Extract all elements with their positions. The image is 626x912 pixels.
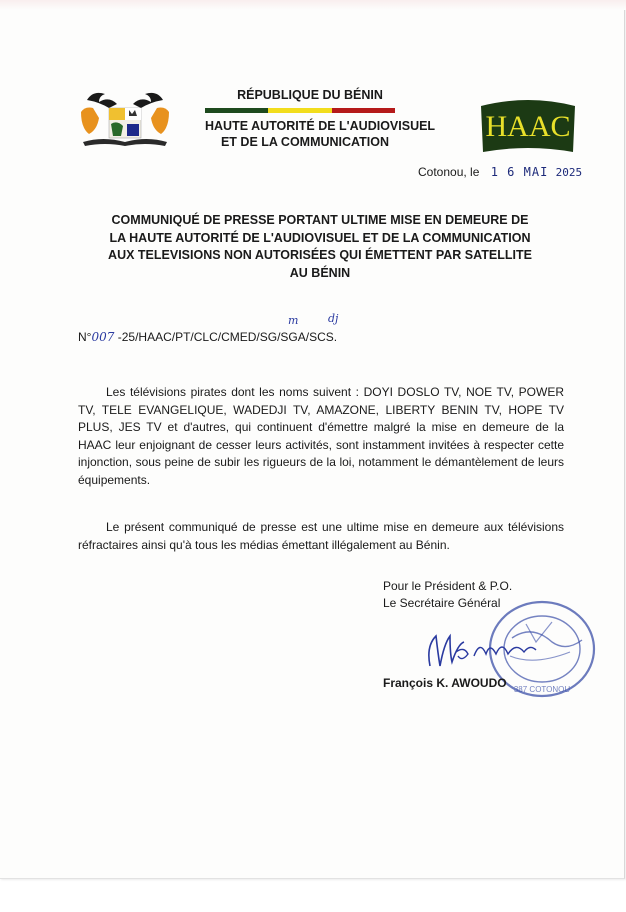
date-stamp: 1 6 MAI — [491, 165, 549, 179]
scan-edge — [0, 0, 626, 10]
reference-prefix: N° — [78, 330, 91, 344]
handwritten-signature-icon — [418, 630, 558, 674]
benin-coat-of-arms-icon — [75, 86, 175, 152]
flag-stripe — [205, 108, 395, 113]
svg-text:HAAC: HAAC — [485, 110, 570, 143]
date-stamp-year: 2025 — [556, 166, 583, 179]
title-line: LA HAUTE AUTORITÉ DE L'AUDIOVISUEL ET DE… — [90, 230, 550, 248]
reference-suffix: -25/HAAC/PT/CLC/CMED/SG/SGA/SCS. — [118, 330, 337, 344]
handwritten-initials: dj — [328, 312, 338, 325]
republic-name: RÉPUBLIQUE DU BÉNIN — [205, 88, 415, 102]
haac-logo-icon: HAAC — [478, 96, 578, 154]
communique-title: COMMUNIQUÉ DE PRESSE PORTANT ULTIME MISE… — [90, 212, 550, 282]
dateline: Cotonou, le 1 6 MAI 2025 — [418, 165, 582, 179]
document-page: RÉPUBLIQUE DU BÉNIN HAUTE AUTORITÉ DE L'… — [0, 0, 625, 879]
signature-line1: Pour le Président & P.O. — [383, 578, 512, 595]
handwritten-initials: m — [288, 314, 298, 327]
organization-name-line2: ET DE LA COMMUNICATION — [195, 135, 415, 149]
title-line: AUX TELEVISIONS NON AUTORISÉES QUI ÉMETT… — [90, 247, 550, 265]
svg-text:387 COTONOU: 387 COTONOU — [514, 685, 571, 694]
body-paragraph: Le présent communiqué de presse est une … — [78, 519, 564, 554]
title-line: COMMUNIQUÉ DE PRESSE PORTANT ULTIME MISE… — [90, 212, 550, 230]
signature-line2: Le Secrétaire Général — [383, 595, 512, 612]
handwritten-number: 007 — [91, 330, 114, 344]
signature-block: Pour le Président & P.O. Le Secrétaire G… — [383, 578, 512, 612]
body-paragraph: Les télévisions pirates dont les noms su… — [78, 384, 564, 489]
header-center: RÉPUBLIQUE DU BÉNIN HAUTE AUTORITÉ DE L'… — [195, 88, 415, 149]
date-place: Cotonou, le — [418, 165, 479, 179]
title-line: AU BÉNIN — [90, 265, 550, 283]
organization-name-line1: HAUTE AUTORITÉ DE L'AUDIOVISUEL — [205, 119, 415, 133]
signatory-name: François K. AWOUDO — [383, 676, 507, 690]
reference-number: N°007 -25/HAAC/PT/CLC/CMED/SG/SGA/SCS. — [78, 330, 337, 344]
